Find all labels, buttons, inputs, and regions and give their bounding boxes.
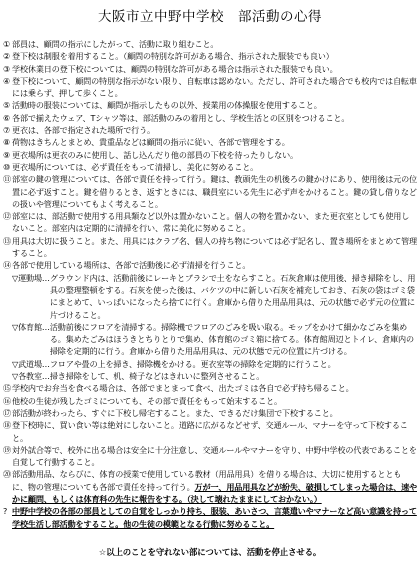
rule-item: ⑮学校内でお弁当を食べる場合は、各部でまとまって食べ、出たゴミは各自で必ず持ち帰… — [3, 382, 417, 394]
rule-item: ⑨更衣場所は更衣のみに使用し、話し込んだり他の部員の下校を待ったりしない。 — [3, 149, 417, 161]
rule-number: ⑩ — [3, 161, 12, 173]
rule-text: 更衣は、各部で指定された場所で行う。 — [12, 124, 417, 136]
rule-text: 部室の鍵の管理については、各部で責任を持って行う。鍵は、教頭先生の机後ろの鍵かけ… — [12, 173, 417, 210]
rule-item: ⑬用具は大切に扱うこと。また、用具にはクラブ名、個人の持ち物については必ず記名し… — [3, 235, 417, 260]
cleaning-item-dojo: ▽武道場…フロアや畳の上を掃き、掃除機をかける。更衣室等の掃除を定期的に行うこと… — [3, 358, 417, 370]
cleaning-label: ▽運動場… — [12, 272, 50, 321]
cleaning-item-ground: ▽運動場…グラウンド内は、活動前後にレーキとブラシで土をならすこと。石灰倉庫は使… — [3, 272, 417, 321]
rule-number: ? — [3, 505, 12, 530]
rule-item: ⑰部活動が終わったら、すぐに下校し帰宅すること。また、できるだけ集団で下校するこ… — [3, 407, 417, 419]
rule-number: ⑬ — [3, 235, 12, 260]
rule-text-emphasis: 中野中学校の各部の部員としての自覚をしっかり持ち、服装、あいさつ、言葉遣いやマナ… — [12, 505, 417, 530]
cleaning-label: ▽各教室… — [12, 370, 50, 382]
rule-item: ⑱登下校時に、買い食い等は絶対にしないこと。道路に広がるなどせず、交通ルール、マ… — [3, 419, 417, 444]
rule-item: ⑧荷物はきちんとまとめ、貴重品などは顧問の指示に従い、各部で管理をする。 — [3, 136, 417, 148]
rule-number: ⑫ — [3, 210, 12, 235]
rule-text: 対外試合等で、校外に出る場合は安全に十分注意し、交通ルールやマナーを守り、中野中… — [12, 444, 417, 469]
rule-number: ⑨ — [3, 149, 12, 161]
rule-item: ②登下校は制服を着用すること。（顧問の特別な許可がある場合、指示された服装でも良… — [3, 50, 417, 62]
rule-item: ③学校休業日の登下校については、顧問の特別な許可がある場合は指示された服装でも良… — [3, 63, 417, 75]
rule-text: 他校の生徒が残したゴミについても、その部で責任をもって始末すること。 — [12, 395, 417, 407]
rule-number: ⑭ — [3, 259, 12, 271]
rule-text: 学校内でお弁当を食べる場合は、各部でまとまって食べ、出たゴミは各自で必ず持ち帰る… — [12, 382, 417, 394]
rule-text: 活動時の服装については、顧問が指示したもの以外、授業用の体操服を使用すること。 — [12, 99, 417, 111]
rule-text: 更衣場所は更衣のみに使用し、話し込んだり他の部員の下校を待ったりしない。 — [12, 149, 417, 161]
rule-item: ⑪部室の鍵の管理については、各部で責任を持って行う。鍵は、教頭先生の机後ろの鍵か… — [3, 173, 417, 210]
rule-text: 登下校について、顧問の特別な指示がない限り、自転車は認めない。ただし、許可された… — [12, 75, 417, 100]
rule-text: 更衣場所については、必ず責任をもって清掃し、美化に努めること。 — [12, 161, 417, 173]
cleaning-text: グラウンド内は、活動前後にレーキとブラシで土をならすこと。石灰倉庫は使用後、掃き… — [50, 272, 417, 321]
rule-number: ① — [3, 38, 12, 50]
rule-number: ③ — [3, 63, 12, 75]
rule-item: ①部員は、顧問の指示にしたがって、活動に取り組むこと。 — [3, 38, 417, 50]
rule-number: ⑤ — [3, 99, 12, 111]
rule-item: ⑦更衣は、各部で指定された場所で行う。 — [3, 124, 417, 136]
cleaning-label: ▽武道場… — [12, 358, 50, 370]
rule-text: 荷物はきちんとまとめ、貴重品などは顧問の指示に従い、各部で管理をする。 — [12, 136, 417, 148]
rule-number: ⑯ — [3, 395, 12, 407]
rule-item: ⑫部室には、部活動で使用する用具類など以外は置かないこと。個人の物を置かない、ま… — [3, 210, 417, 235]
cleaning-text: 活動前後にフロアを清掃する。掃除機でフロアのごみを吸い取る。モップをかけて細かな… — [50, 321, 417, 358]
rule-text: 登下校は制服を着用すること。（顧問の特別な許可がある場合、指示された服装でも良い… — [12, 50, 417, 62]
rule-item: ⑤活動時の服装については、顧問が指示したもの以外、授業用の体操服を使用すること。 — [3, 99, 417, 111]
cleaning-text: 掃き掃除をして、机、椅子などはきれいに整列させること。 — [50, 370, 417, 382]
cleaning-text: フロアや畳の上を掃き、掃除機をかける。更衣室等の掃除を定期的に行うこと。 — [50, 358, 417, 370]
rule-number: ⑥ — [3, 112, 12, 124]
rule-text: 部員は、顧問の指示にしたがって、活動に取り組むこと。 — [12, 38, 417, 50]
rule-number: ⑮ — [3, 382, 12, 394]
rule-number: ⑦ — [3, 124, 12, 136]
rule-text: 各部で使用している場所は、各部で活動後に必ず清掃を行うこと。 — [12, 259, 417, 271]
rule-item: ④登下校について、顧問の特別な指示がない限り、自転車は認めない。ただし、許可され… — [3, 75, 417, 100]
rule-text: 各部で揃えたウェア、Tシャツ等は、部活動のみの着用とし、学校生活との区別をつける… — [12, 112, 417, 124]
rule-item-21: ? 中野中学校の各部の部員としての自覚をしっかり持ち、服装、あいさつ、言葉遣いや… — [3, 505, 417, 530]
document-title: 大阪市立中野中学校 部活動の心得 — [3, 8, 417, 26]
rule-number: ⑧ — [3, 136, 12, 148]
footer-notice: ☆以上のことを守れない部については、活動を停止させる。 — [3, 546, 417, 558]
rules-list: ①部員は、顧問の指示にしたがって、活動に取り組むこと。 ②登下校は制服を着用する… — [3, 38, 417, 530]
rule-number: ⑪ — [3, 173, 12, 210]
rule-item: ⑥各部で揃えたウェア、Tシャツ等は、部活動のみの着用とし、学校生活との区別をつけ… — [3, 112, 417, 124]
rule-number: ⑰ — [3, 407, 12, 419]
rule-text: 部室には、部活動で使用する用具類など以外は置かないこと。個人の物を置かない、また… — [12, 210, 417, 235]
rule-item-20: ⑳ 部活動用品、ならびに、体育の授業で使用している教材（用品用具）を借りる場合は… — [3, 468, 417, 505]
cleaning-label: ▽体育館… — [12, 321, 50, 358]
rule-number: ⑱ — [3, 419, 12, 444]
rule-number: ⑲ — [3, 444, 12, 469]
rule-text: 用具は大切に扱うこと。また、用具にはクラブ名、個人の持ち物については必ず記名し、… — [12, 235, 417, 260]
document-page: 大阪市立中野中学校 部活動の心得 ①部員は、顧問の指示にしたがって、活動に取り組… — [0, 0, 420, 586]
rule-item: ⑩更衣場所については、必ず責任をもって清掃し、美化に努めること。 — [3, 161, 417, 173]
rule-text: 学校休業日の登下校については、顧問の特別な許可がある場合は指示された服装でも良い… — [12, 63, 417, 75]
rule-item: ⑲対外試合等で、校外に出る場合は安全に十分注意し、交通ルールやマナーを守り、中野… — [3, 444, 417, 469]
rule-number: ⑳ — [3, 468, 12, 505]
cleaning-item-classroom: ▽各教室…掃き掃除をして、机、椅子などはきれいに整列させること。 — [3, 370, 417, 382]
rule-text: 部活動用品、ならびに、体育の授業で使用している教材（用品用具）を借りる場合は、大… — [12, 468, 417, 505]
rule-number: ④ — [3, 75, 12, 100]
rule-text: 部活動が終わったら、すぐに下校し帰宅すること。また、できるだけ集団で下校すること… — [12, 407, 417, 419]
rule-number: ② — [3, 50, 12, 62]
rule-item: ⑭各部で使用している場所は、各部で活動後に必ず清掃を行うこと。 — [3, 259, 417, 271]
rule-text: 登下校時に、買い食い等は絶対にしないこと。道路に広がるなどせず、交通ルール、マナ… — [12, 419, 417, 444]
rule-item: ⑯他校の生徒が残したゴミについても、その部で責任をもって始末すること。 — [3, 395, 417, 407]
cleaning-item-gym: ▽体育館…活動前後にフロアを清掃する。掃除機でフロアのごみを吸い取る。モップをか… — [3, 321, 417, 358]
